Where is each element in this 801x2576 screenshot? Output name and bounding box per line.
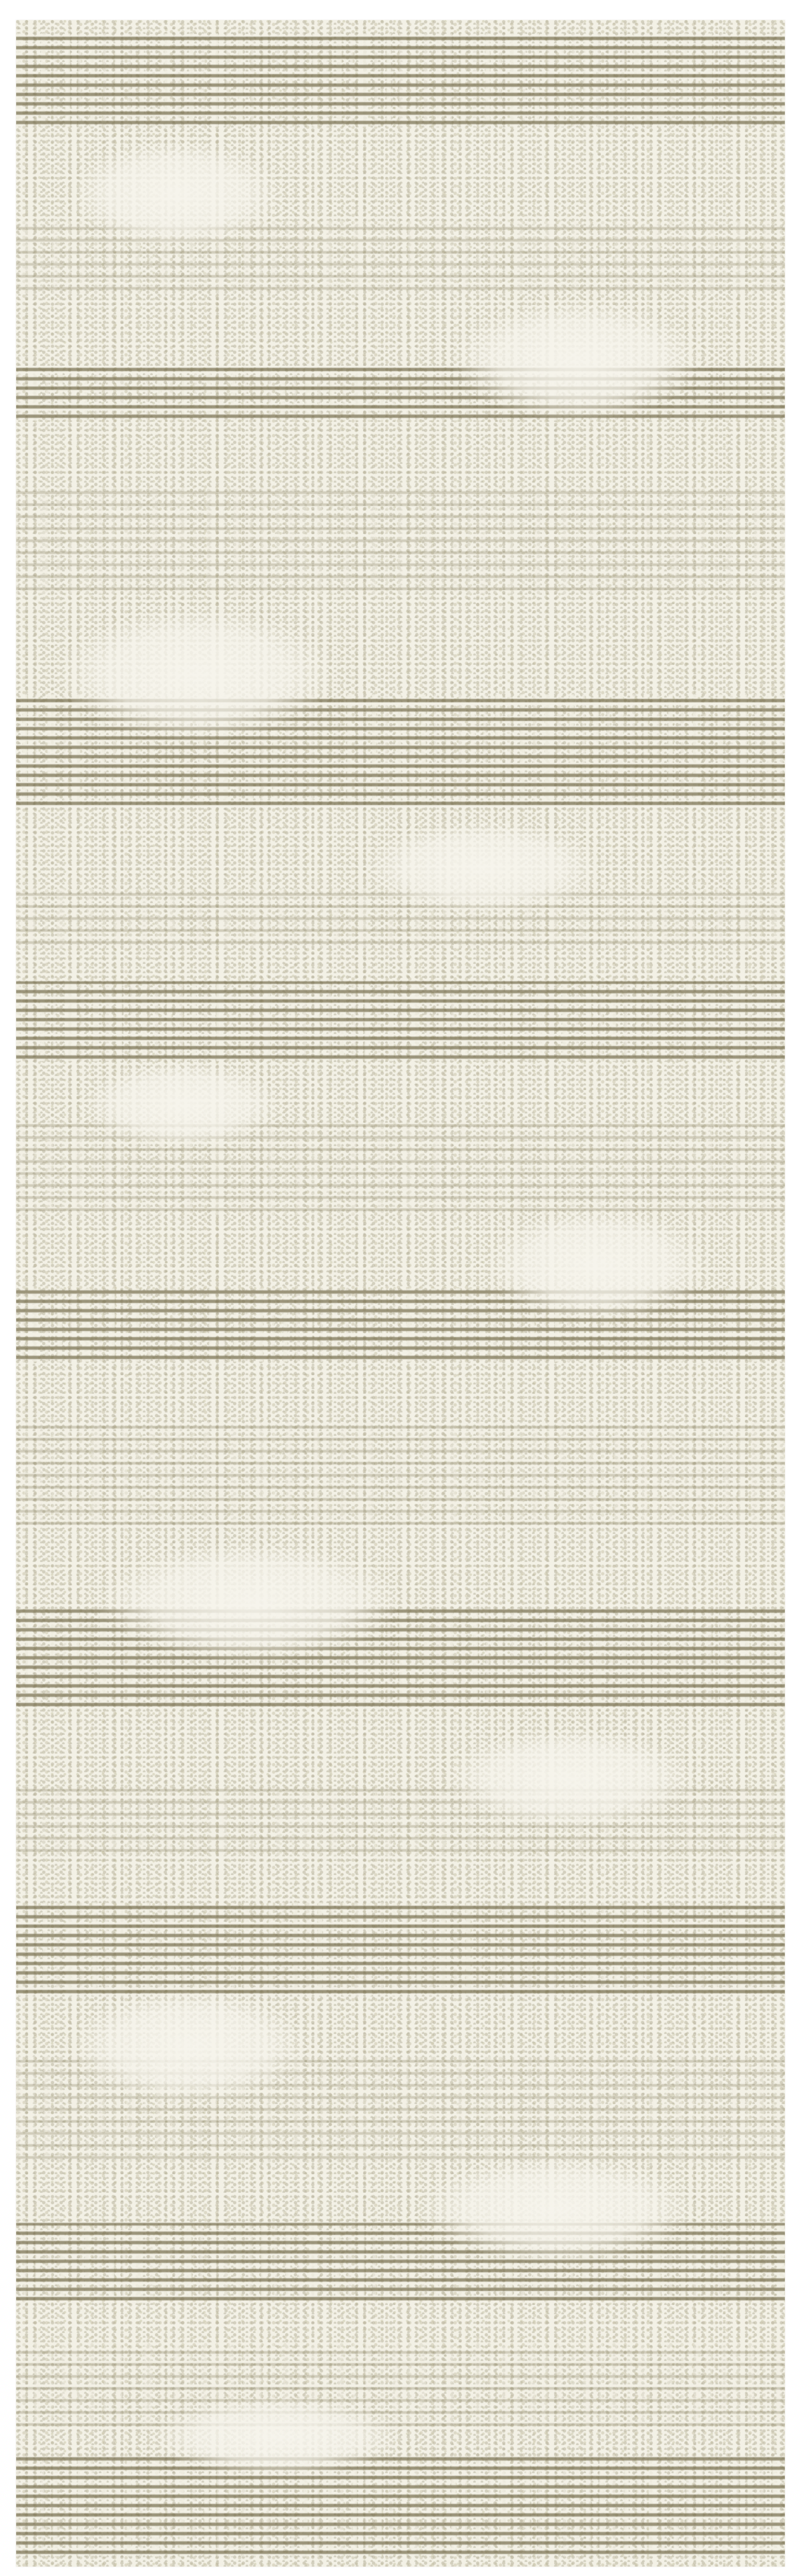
worn-ivory-patch bbox=[483, 1208, 710, 1322]
product-photo-canvas bbox=[0, 0, 801, 2576]
streak-band bbox=[16, 487, 785, 594]
streak-band bbox=[16, 2457, 785, 2557]
worn-ivory-patch bbox=[56, 607, 336, 741]
streak-band bbox=[16, 1422, 785, 1529]
worn-ivory-patch bbox=[150, 2396, 403, 2477]
streak-band bbox=[16, 33, 785, 127]
worn-ivory-patch bbox=[450, 300, 704, 421]
runner-rug-image bbox=[16, 20, 785, 2567]
worn-ivory-patch bbox=[417, 2156, 697, 2263]
streak-band bbox=[16, 2343, 785, 2430]
streak-band bbox=[16, 981, 785, 1061]
worn-ivory-patch bbox=[363, 821, 603, 915]
streak-band bbox=[16, 1902, 785, 1996]
worn-ivory-patch bbox=[96, 1542, 403, 1662]
worn-ivory-patch bbox=[69, 1989, 310, 2103]
worn-ivory-patch bbox=[83, 1061, 283, 1148]
worn-ivory-patch bbox=[443, 1729, 697, 1829]
worn-ivory-patch bbox=[69, 140, 283, 247]
